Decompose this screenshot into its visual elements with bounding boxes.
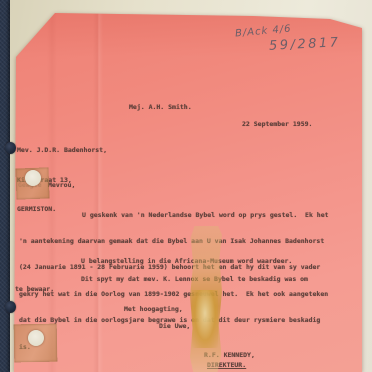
body-paragraph-2: U belangstelling in die Africana-Museum …	[81, 257, 292, 265]
attention-line: Mej. A.H. Smith.	[129, 103, 192, 111]
letter-page: B/Ack 4/6 59/2817 Mej. A.H. Smith. 22 Se…	[13, 11, 362, 372]
body-line: is.	[19, 343, 351, 352]
body-paragraph-3-line-1: Dit spyt my dat mev. K. Lennox se Bybel …	[81, 275, 308, 283]
signatory-name: R.F. KENNEDY,	[204, 351, 255, 359]
signatory-title: DIREKTEUR.	[207, 361, 246, 369]
archived-letter-photo: B/Ack 4/6 59/2817 Mej. A.H. Smith. 22 Se…	[0, 0, 372, 372]
pencil-reference-number: 59/2817	[269, 35, 341, 54]
body-line: 'n aantekening daarvan gemaak dat die By…	[19, 237, 351, 246]
body-line: U geskenk van 'n Nederlandse Bybel word …	[19, 211, 351, 220]
punched-hole-through-tape-bottom	[28, 330, 44, 346]
punched-hole-through-tape	[25, 170, 41, 186]
date-line: 22 September 1959.	[242, 120, 312, 128]
recipient-name: Mev. J.D.R. Badenhorst,	[17, 146, 107, 156]
body-paragraph-3-line-2: te bewaar.	[15, 285, 54, 293]
closing-salutation: Met hoogagting,	[124, 305, 183, 313]
closing-yours: Die Uwe,	[159, 322, 190, 330]
letter-pink-paper: B/Ack 4/6 59/2817 Mej. A.H. Smith. 22 Se…	[13, 11, 362, 372]
body-line: gekry het wat in die Oorlog van 1899-190…	[19, 290, 351, 299]
binder-punch-hole-top	[5, 142, 16, 154]
salutation: Mevrou,	[48, 181, 75, 189]
binder-punch-hole-bottom	[5, 301, 16, 313]
